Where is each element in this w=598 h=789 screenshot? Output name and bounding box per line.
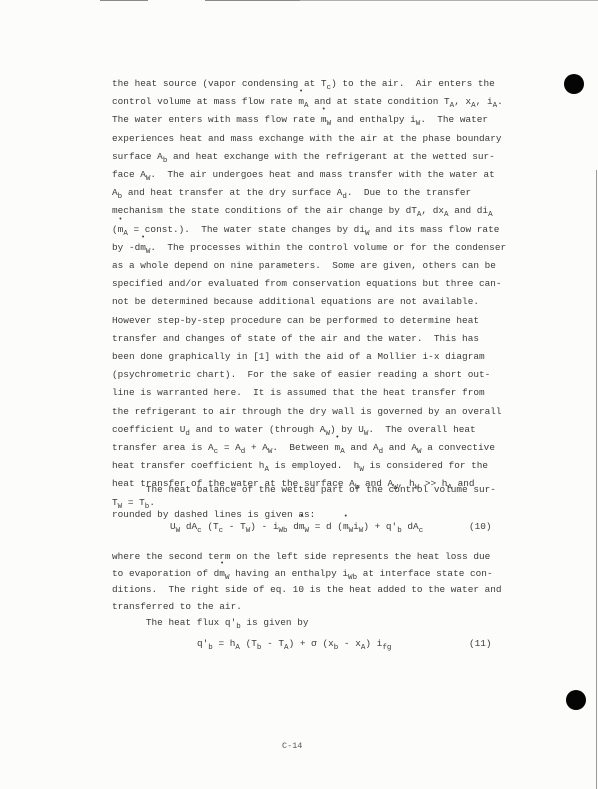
page-edge-line (596, 170, 597, 789)
text-line: surface Ab and heat exchange with the re… (112, 151, 495, 163)
text-line: specified and/or evaluated from conserva… (112, 278, 502, 290)
text-line: (psychrometric chart). For the sake of e… (112, 369, 490, 381)
text-line: However step-by-step procedure can be pe… (112, 315, 479, 327)
text-line: mechanism the state conditions of the ai… (112, 205, 493, 217)
text-line: control volume at mass flow rate mA and … (112, 96, 503, 108)
text-line: The water enters with mass flow rate mW … (112, 114, 488, 126)
text-line: transfer area is Ac = Ad + AW. Between m… (112, 442, 495, 454)
scan-top-edge (100, 0, 148, 1)
punch-hole-top (564, 74, 584, 94)
text-line: transfer and changes of state of the air… (112, 333, 479, 345)
text-line: experiences heat and mass exchange with … (112, 133, 502, 145)
text-line: The heat balance of the wetted part of t… (112, 484, 496, 496)
text-line: to evaporation of dmW having an enthalpy… (112, 568, 493, 580)
text-line: face AW. The air undergoes heat and mass… (112, 169, 495, 181)
text-line: not be determined because additional equ… (112, 296, 479, 308)
text-line: heat transfer coefficient hA is employed… (112, 460, 488, 472)
scan-top-edge (300, 0, 598, 1)
equation-10-expression: UW dAc (Tc - TW) - iWb dmW = d (mWiW) + … (170, 521, 423, 533)
text-line: the heat source (vapor condensing at Tc)… (112, 78, 495, 90)
text-line: ditions. The right side of eq. 10 is the… (112, 584, 502, 596)
text-line: rounded by dashed lines is given as: (112, 509, 315, 521)
text-line: transferred to the air. (112, 601, 242, 613)
equation-11-expression: q'b = hA (Tb - TA) + σ (xb - xA) ifg (197, 638, 391, 650)
text-line: the refrigerant to air through the dry w… (112, 406, 502, 418)
text-line: line is warranted here. It is assumed th… (112, 387, 485, 399)
text-line: Ab and heat transfer at the dry surface … (112, 187, 471, 199)
text-line: (mA = const.). The water state changes b… (112, 224, 499, 236)
text-line: by -dmW. The processes within the contro… (112, 242, 506, 254)
scan-top-edge (205, 0, 300, 1)
equation-10-label: (10) (469, 521, 492, 533)
text-line: where the second term on the left side r… (112, 551, 490, 563)
text-line: The heat flux q'b is given by (112, 617, 309, 629)
text-line: been done graphically in [1] with the ai… (112, 351, 485, 363)
text-line: coefficient Ud and to water (through AW)… (112, 424, 476, 436)
punch-hole-bottom (566, 690, 586, 710)
equation-11-label: (11) (469, 638, 492, 650)
text-line: as a whole depend on nine parameters. So… (112, 260, 496, 272)
page-number: C-14 (282, 741, 302, 751)
text-line: TW = Tb. (112, 497, 155, 509)
